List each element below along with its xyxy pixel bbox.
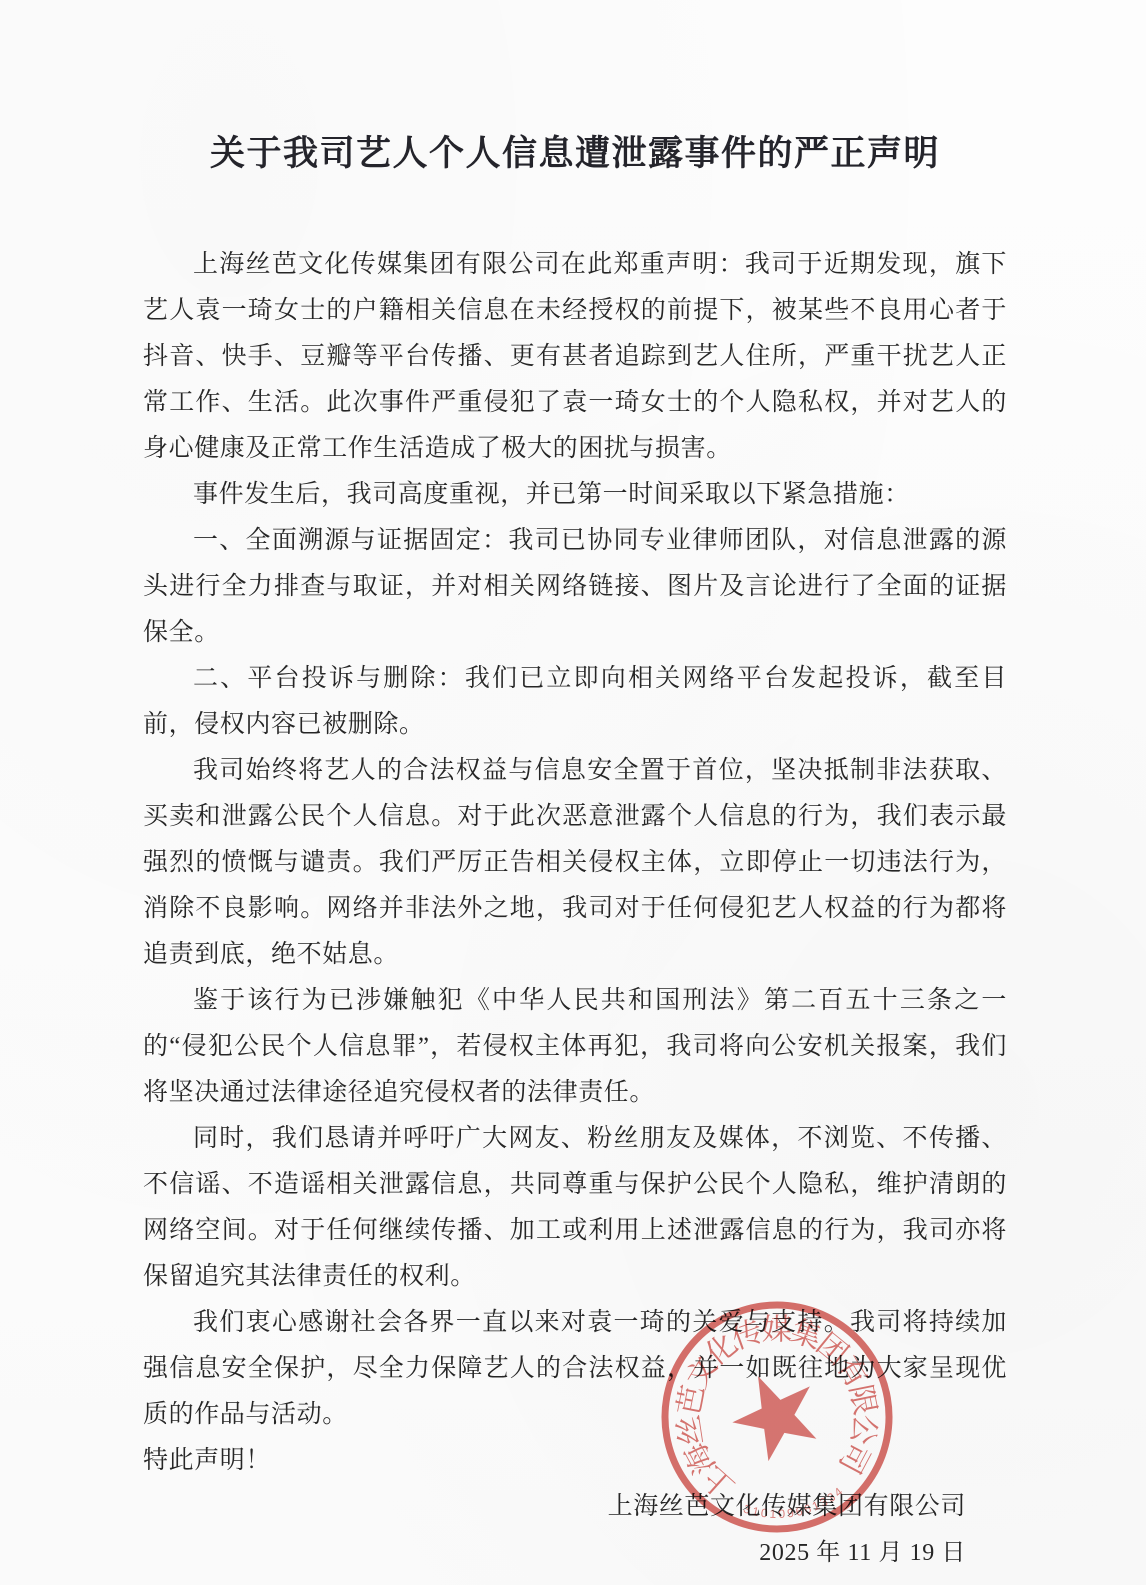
paragraph: 上海丝芭文化传媒集团有限公司在此郑重声明：我司于近期发现，旗下艺人袁一琦女士的户… [143, 242, 1007, 472]
paragraph: 二、平台投诉与删除：我们已立即向相关网络平台发起投诉，截至目前，侵权内容已被删除… [143, 656, 1007, 748]
statement-document: 关于我司艺人个人信息遭泄露事件的严正声明 上海丝芭文化传媒集团有限公司在此郑重声… [143, 130, 1007, 1576]
statement-title: 关于我司艺人个人信息遭泄露事件的严正声明 [143, 130, 1007, 178]
paragraph: 我们衷心感谢社会各界一直以来对袁一琦的关爱与支持。我司将持续加强信息安全保护，尽… [143, 1300, 1007, 1438]
scanned-statement-page: 关于我司艺人个人信息遭泄露事件的严正声明 上海丝芭文化传媒集团有限公司在此郑重声… [0, 0, 1146, 1585]
paragraph: 事件发生后，我司高度重视，并已第一时间采取以下紧急措施： [143, 472, 1007, 518]
statement-date: 2025 年 11 月 19 日 [143, 1530, 966, 1576]
paragraph: 我司始终将艺人的合法权益与信息安全置于首位，坚决抵制非法获取、买卖和泄露公民个人… [143, 748, 1007, 978]
paragraph: 一、全面溯源与证据固定：我司已协同专业律师团队，对信息泄露的源头进行全力排查与取… [143, 518, 1007, 656]
signature-block: 上海丝芭文化传媒集团有限公司 2025 年 11 月 19 日 [143, 1484, 1007, 1576]
paragraph: 同时，我们恳请并呼吁广大网友、粉丝朋友及媒体，不浏览、不传播、不信谣、不造谣相关… [143, 1116, 1007, 1300]
statement-body: 上海丝芭文化传媒集团有限公司在此郑重声明：我司于近期发现，旗下艺人袁一琦女士的户… [143, 242, 1007, 1438]
paragraph: 鉴于该行为已涉嫌触犯《中华人民共和国刑法》第二百五十三条之一的“侵犯公民个人信息… [143, 978, 1007, 1116]
closing-line: 特此声明！ [143, 1438, 1007, 1484]
company-signature: 上海丝芭文化传媒集团有限公司 [143, 1484, 966, 1530]
